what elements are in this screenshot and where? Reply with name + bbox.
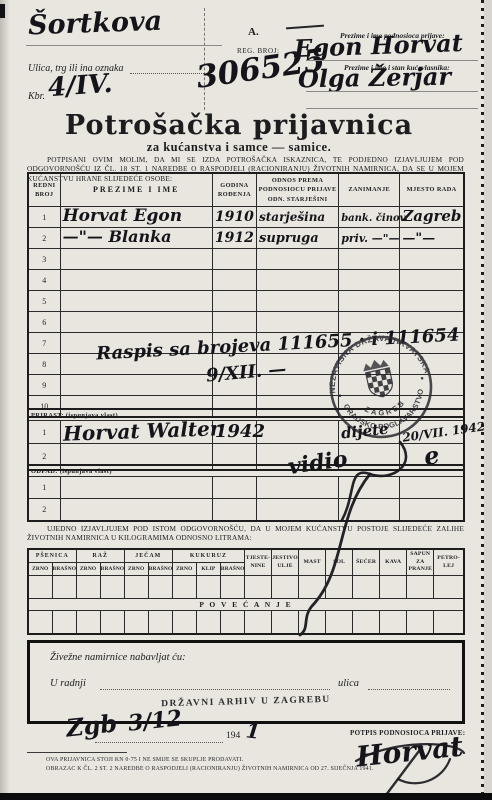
- member-year-cell: 1912: [212, 228, 256, 249]
- empty-cell: [60, 312, 212, 333]
- row-number: 3: [28, 249, 60, 270]
- section-letter: A.: [248, 26, 259, 38]
- col-kava: KAVA: [380, 549, 407, 576]
- footnote-line-1: OVA PRIJAVNICA STOJI KN 0·75 I NE SMIJE …: [46, 756, 243, 765]
- empty-cell: [76, 576, 100, 599]
- year-handwritten: 1: [245, 720, 261, 741]
- row-number: 2: [28, 499, 60, 521]
- member-relation-cell: starješina: [257, 207, 339, 228]
- group-jecam: JEČAM: [124, 549, 172, 563]
- col-tjestenine: TJESTE-NINE: [244, 549, 271, 576]
- member-row: 3: [28, 249, 464, 270]
- applicant-line: [306, 60, 478, 61]
- empty-cell: [257, 270, 339, 291]
- row-number: 1: [28, 207, 60, 228]
- empty-cell: [148, 611, 172, 634]
- col-header-prezime: PREZIME I IME: [60, 173, 212, 207]
- member-relation-hw: supruga: [259, 231, 319, 246]
- archive-stamp-text: DRŽAVNI ARHIV U ZAGREBU: [30, 691, 462, 712]
- prirast-label: PRIRAST: (ispunjava vlast): [28, 409, 464, 421]
- empty-cell: [196, 611, 220, 634]
- member-relation-cell: supruga: [257, 228, 339, 249]
- empty-cell: [257, 249, 339, 270]
- member-year-cell: 1910: [212, 207, 256, 228]
- row-number: 4: [28, 270, 60, 291]
- group-raz: RAŽ: [76, 549, 124, 563]
- empty-cell: [60, 249, 212, 270]
- empty-cell: [212, 270, 256, 291]
- sub-brasno: BRAŠNO: [148, 563, 172, 576]
- member-workplace-cell: Zagreb: [400, 207, 464, 228]
- col-header-redni-broj: REDNI BROJ: [28, 173, 60, 207]
- empty-cell: [400, 249, 464, 270]
- page-right-edge: [484, 0, 492, 800]
- row-number: 6: [28, 312, 60, 333]
- empty-cell: [257, 291, 339, 312]
- member-name-hw: —"— Blanka: [63, 227, 172, 246]
- empty-cell: [400, 270, 464, 291]
- empty-cell: [52, 576, 76, 599]
- sub-klip: KLIP: [196, 563, 220, 576]
- member-row: 1 Horvat Egon 1910 starješina bank. čino…: [28, 207, 464, 228]
- empty-cell: [60, 499, 212, 521]
- ulica-dotted-line: [368, 689, 450, 690]
- empty-cell: [100, 611, 124, 634]
- member-name-cell: —"— Blanka: [60, 228, 212, 249]
- empty-cell: [434, 611, 464, 634]
- footnote-line-2: OBRAZAC K ČL. 2 ST. 2 NAREDBE O RASPODJE…: [46, 765, 374, 774]
- empty-cell: [28, 611, 52, 634]
- applicant-name-handwritten: Egon Horvat: [294, 31, 464, 61]
- empty-cell: [299, 611, 326, 634]
- form-title: Potrošačka prijavnica: [0, 110, 478, 141]
- row-number: 5: [28, 291, 60, 312]
- empty-cell: [272, 576, 299, 599]
- member-workplace-hw: Zagreb: [402, 207, 461, 225]
- sub-zrno: ZRNO: [76, 563, 100, 576]
- empty-cell: [380, 576, 407, 599]
- empty-cell: [148, 576, 172, 599]
- member-occupation-cell: bank. činov.: [339, 207, 400, 228]
- owner-line: [306, 91, 478, 92]
- row-number: 8: [28, 354, 60, 375]
- prirast-name-cell: Horvat Walter: [60, 421, 212, 444]
- empty-cell: [196, 576, 220, 599]
- empty-cell: [100, 576, 124, 599]
- empty-cell: [220, 611, 244, 634]
- empty-cell: [272, 611, 299, 634]
- ulica-label: ulica: [338, 678, 359, 689]
- empty-cell: [339, 270, 400, 291]
- year-printed: 194: [226, 731, 240, 741]
- supplies-value-row: [28, 576, 464, 599]
- prirast-label-row: PRIRAST: (ispunjava vlast): [28, 409, 464, 421]
- empty-cell: [299, 576, 326, 599]
- empty-cell: [380, 611, 407, 634]
- empty-cell: [407, 576, 434, 599]
- sub-zrno: ZRNO: [172, 563, 196, 576]
- form-subtitle: za kućanstva i samce — samice.: [0, 140, 478, 155]
- col-header-mjesto: MJESTO RADA: [400, 173, 464, 207]
- street-name-handwritten: Šortkova: [28, 8, 163, 40]
- col-header-godina: GODINA ROĐENJA: [212, 173, 256, 207]
- owner-name-handwritten: Olga Žerjar: [298, 65, 451, 92]
- empty-cell: [172, 611, 196, 634]
- member-row: 5: [28, 291, 464, 312]
- empty-cell: [76, 611, 100, 634]
- member-workplace-cell: —"—: [400, 228, 464, 249]
- povecanje-band: P O V E Ć A N J E: [28, 599, 464, 611]
- kbr-label: Kbr.: [28, 91, 45, 102]
- empty-cell: [28, 576, 52, 599]
- empty-cell: [212, 291, 256, 312]
- col-jestivo-ulje: JESTIVO ULJE: [272, 549, 299, 576]
- member-row: 2 —"— Blanka 1912 supruga priv. —"— —"—: [28, 228, 464, 249]
- street-underline: [26, 45, 222, 46]
- street-dotted-line: [130, 73, 204, 74]
- empty-cell: [212, 312, 256, 333]
- empty-cell: [124, 611, 148, 634]
- scanned-form-page: Šortkova A. REG. BROJ: 306525 Prezime i …: [0, 0, 492, 800]
- povecanje-band-row: P O V E Ć A N J E: [28, 599, 464, 611]
- row-number: 1: [28, 421, 60, 444]
- empty-cell: [244, 576, 271, 599]
- shop-label: U radnji: [50, 678, 86, 689]
- pen-stroke: [286, 25, 324, 30]
- empty-cell: [60, 375, 212, 396]
- row-number: 2: [28, 228, 60, 249]
- member-occupation-hw: bank. činov.: [341, 213, 408, 224]
- group-kukuruz: KUKURUZ: [172, 549, 244, 563]
- perforation-dots: [481, 0, 484, 800]
- supplies-group-header-row: PŠENICA RAŽ JEČAM KUKURUZ TJESTE-NINE JE…: [28, 549, 464, 563]
- row-number: 9: [28, 375, 60, 396]
- date-handwritten: 3/12: [127, 707, 183, 735]
- supplies-value-row: [28, 611, 464, 634]
- col-header-odnos: ODNOS PREMA PODNOSIOCU PRIJAVE ODN. STAR…: [257, 173, 339, 207]
- spare-line: [306, 108, 478, 109]
- col-secer: ŠEĆER: [353, 549, 380, 576]
- member-relation-hw: starješina: [259, 210, 325, 224]
- empty-cell: [60, 477, 212, 499]
- empty-cell: [52, 611, 76, 634]
- empty-cell: [212, 249, 256, 270]
- scan-bottom-edge: [0, 793, 492, 800]
- empty-cell: [244, 611, 271, 634]
- declaration-paragraph-2: UJEDNO IZJAVLJUJEM POD ISTOM ODGOVORNOŠĆ…: [27, 524, 464, 543]
- row-number: 1: [28, 477, 60, 499]
- col-mast: MAST: [299, 549, 326, 576]
- sub-brasno: BRAŠNO: [52, 563, 76, 576]
- group-psenica: PŠENICA: [28, 549, 76, 563]
- empty-cell: [220, 576, 244, 599]
- footnote-rule: [27, 752, 127, 753]
- row-number: 7: [28, 333, 60, 354]
- col-sapun: SAPUN ZA PRANJE: [407, 549, 434, 576]
- member-row: 4: [28, 270, 464, 291]
- purchase-intro: Živežne namirnice nabavljat ću:: [50, 652, 186, 663]
- col-petrolej: PETRO-LEJ: [434, 549, 464, 576]
- empty-cell: [257, 312, 339, 333]
- empty-cell: [339, 249, 400, 270]
- members-header-row: REDNI BROJ PREZIME I IME GODINA ROĐENJA …: [28, 173, 464, 207]
- prirast-name-hw: Horvat Walter: [62, 418, 220, 443]
- place-handwritten: Zgb: [65, 711, 118, 740]
- sub-brasno: BRAŠNO: [220, 563, 244, 576]
- empty-cell: [172, 576, 196, 599]
- col-sol: SOL: [326, 549, 353, 576]
- date-dotted-line: [95, 742, 223, 743]
- empty-cell: [353, 611, 380, 634]
- empty-cell: [326, 576, 353, 599]
- shop-dotted-line: [100, 689, 330, 690]
- member-occupation-cell: priv. —"—: [339, 228, 400, 249]
- empty-cell: [434, 576, 464, 599]
- sub-zrno: ZRNO: [28, 563, 52, 576]
- empty-cell: [326, 611, 353, 634]
- member-workplace-hw: —"—: [402, 231, 435, 246]
- empty-cell: [60, 270, 212, 291]
- member-year-hw: 1910: [215, 209, 254, 225]
- sub-brasno: BRAŠNO: [100, 563, 124, 576]
- scan-corner-mark: [0, 4, 5, 18]
- member-name-hw: Horvat Egon: [63, 206, 183, 226]
- member-name-cell: Horvat Egon: [60, 207, 212, 228]
- sub-zrno: ZRNO: [124, 563, 148, 576]
- kbr-value-handwritten: 4/IV.: [47, 71, 113, 101]
- empty-cell: [353, 576, 380, 599]
- member-occupation-hw: priv. —"—: [341, 232, 399, 245]
- supplies-table: PŠENICA RAŽ JEČAM KUKURUZ TJESTE-NINE JE…: [27, 548, 465, 635]
- empty-cell: [339, 291, 400, 312]
- col-header-zanimanje: ZANIMANJE: [339, 173, 400, 207]
- empty-cell: [400, 291, 464, 312]
- empty-cell: [407, 611, 434, 634]
- empty-cell: [60, 291, 212, 312]
- member-year-hw: 1912: [215, 230, 254, 246]
- empty-cell: [124, 576, 148, 599]
